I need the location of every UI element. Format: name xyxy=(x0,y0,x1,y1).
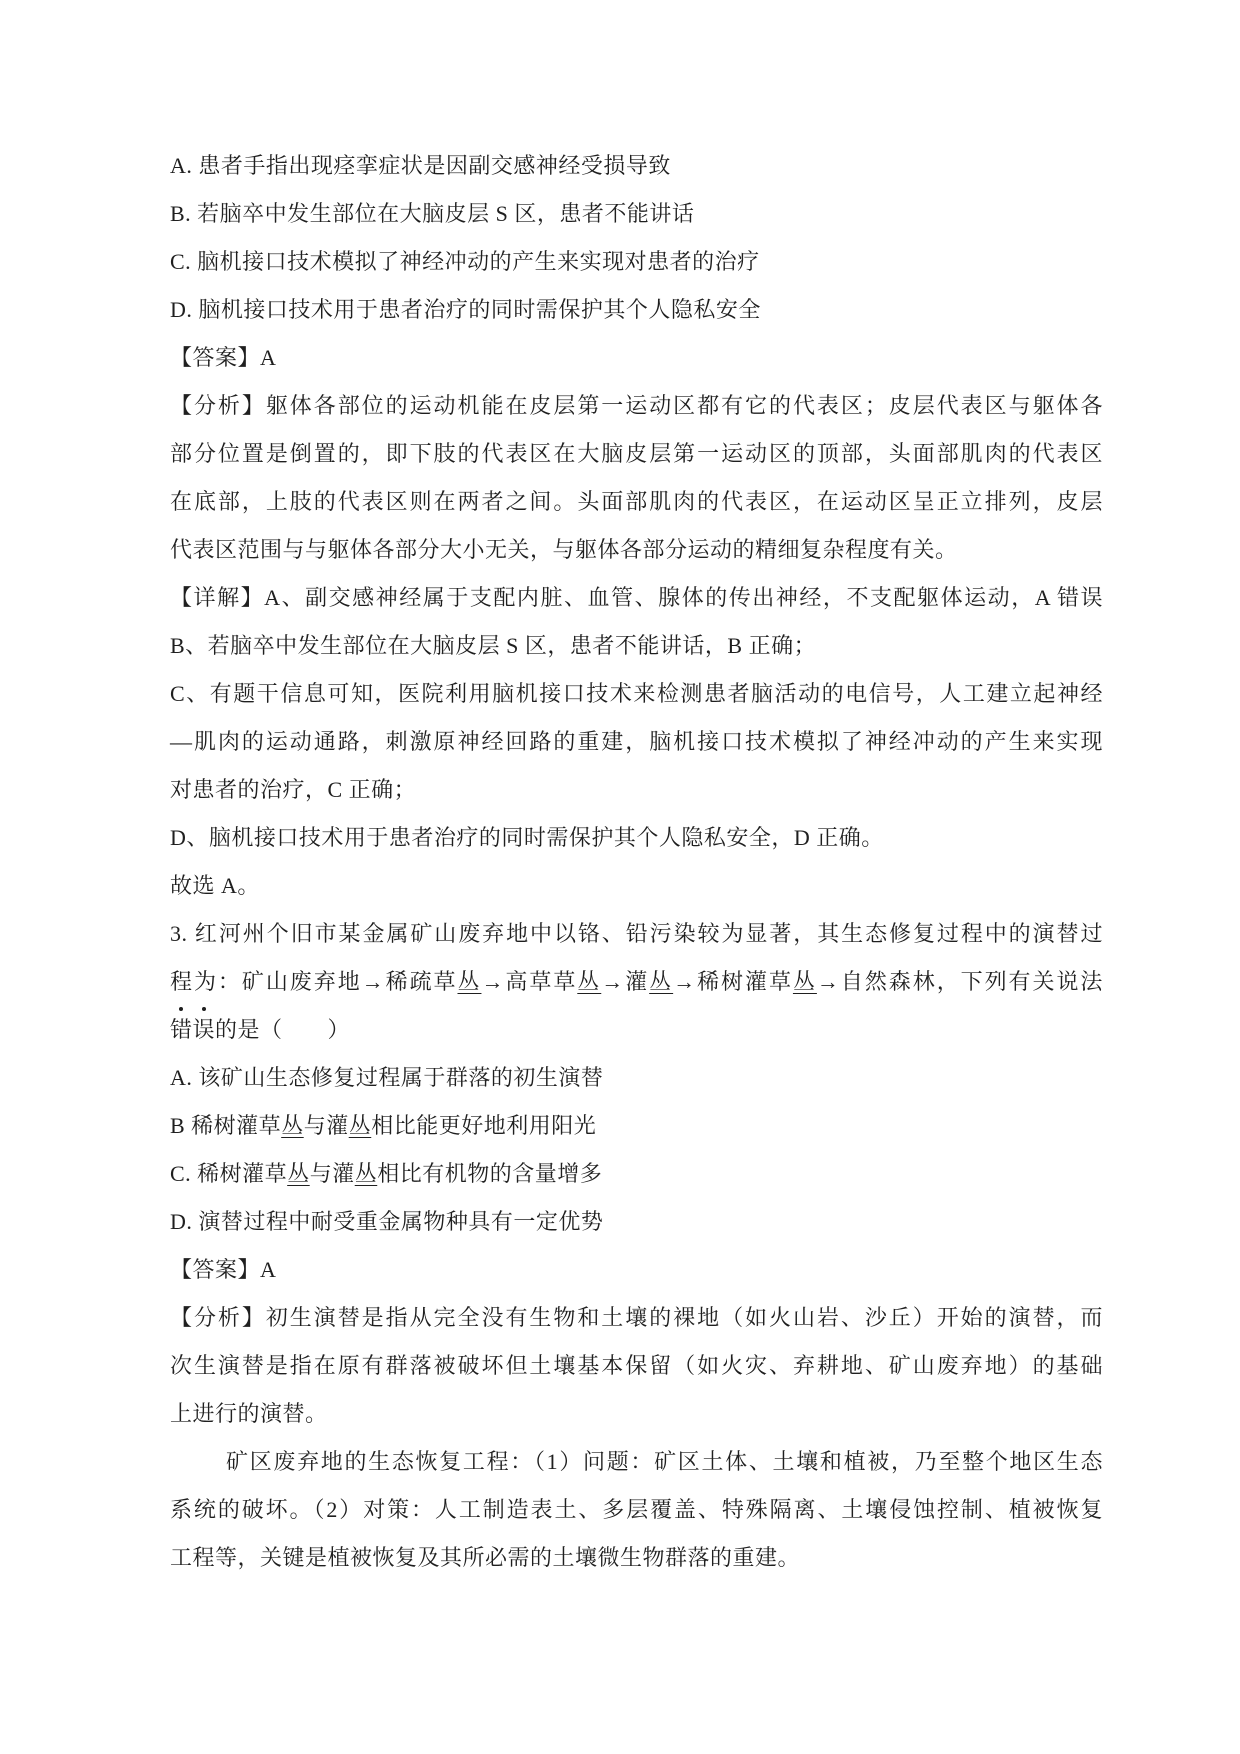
question-2-explanation-line: C、有题干信息可知，医院利用脑机接口技术来检测患者脑活动的电信号，人工建立起神经 xyxy=(170,670,1103,718)
question-3-analysis-line: 矿区废弃地的生态恢复工程：（1）问题：矿区土体、土壤和植被，乃至整个地区生态 xyxy=(170,1438,1103,1486)
underlined-text: 丛 xyxy=(355,1161,378,1186)
document-page: A. 患者手指出现痉挛症状是因副交感神经受损导致B. 若脑卒中发生部位在大脑皮层… xyxy=(170,142,1103,1582)
question-3-stem-line: 3. 红河州个旧市某金属矿山废弃地中以铬、铅污染较为显著，其生态修复过程中的演替… xyxy=(170,910,1103,958)
text-segment: 【详解】A、副交感神经属于支配内脏、血管、腺体的传出神经，不支配躯体运动，A 错… xyxy=(170,585,1103,610)
emphasized-text: 错 xyxy=(170,1006,193,1054)
text-segment: 次生演替是指在原有群落被破坏但土壤基本保留（如火灾、弃耕地、矿山废弃地）的基础 xyxy=(170,1353,1103,1378)
text-segment: C. 脑机接口技术模拟了神经冲动的产生来实现对患者的治疗 xyxy=(170,249,760,274)
underlined-text: 丛 xyxy=(287,1161,310,1186)
question-3-options-line: B 稀树灌草丛与灌丛相比能更好地利用阳光 xyxy=(170,1102,1103,1150)
emphasized-text: 误 xyxy=(193,1006,216,1054)
text-segment: C. 稀树灌草 xyxy=(170,1161,287,1186)
question-3-options-line: C. 稀树灌草丛与灌丛相比有机物的含量增多 xyxy=(170,1150,1103,1198)
underlined-text: 丛 xyxy=(281,1113,304,1138)
text-segment: A. 该矿山生态修复过程属于群落的初生演替 xyxy=(170,1065,603,1090)
text-segment: 故选 A。 xyxy=(170,873,260,898)
question-2-analysis-line: 在底部，上肢的代表区则在两者之间。头面部肌肉的代表区，在运动区呈正立排列，皮层 xyxy=(170,478,1103,526)
text-segment: 对患者的治疗，C 正确； xyxy=(170,777,416,802)
question-3-options-line: D. 演替过程中耐受重金属物种具有一定优势 xyxy=(170,1198,1103,1246)
text-segment: B 稀树灌草 xyxy=(170,1113,281,1138)
question-3-analysis-line: 工程等，关键是植被恢复及其所必需的土壤微生物群落的重建。 xyxy=(170,1534,1103,1582)
question-3-options-line: A. 该矿山生态修复过程属于群落的初生演替 xyxy=(170,1054,1103,1102)
question-3-analysis-line: 【分析】初生演替是指从完全没有生物和土壤的裸地（如火山岩、沙丘）开始的演替，而 xyxy=(170,1294,1103,1342)
text-segment: 3. 红河州个旧市某金属矿山废弃地中以铬、铅污染较为显著，其生态修复过程中的演替… xyxy=(170,921,1103,946)
question-2-explanation-line: D、脑机接口技术用于患者治疗的同时需保护其个人隐私安全，D 正确。 xyxy=(170,814,1103,862)
text-segment: C、有题干信息可知，医院利用脑机接口技术来检测患者脑活动的电信号，人工建立起神经 xyxy=(170,681,1103,706)
question-2-explanation-line: —肌肉的运动通路，刺激原神经回路的重建，脑机接口技术模拟了神经冲动的产生来实现 xyxy=(170,718,1103,766)
question-3-stem-line: 错误的是（ ） xyxy=(170,1006,1103,1054)
text-segment: D、脑机接口技术用于患者治疗的同时需保护其个人隐私安全，D 正确。 xyxy=(170,825,884,850)
question-2-options-line: A. 患者手指出现痉挛症状是因副交感神经受损导致 xyxy=(170,142,1103,190)
question-2-options-line: B. 若脑卒中发生部位在大脑皮层 S 区，患者不能讲话 xyxy=(170,190,1103,238)
question-2-explanation-line: 对患者的治疗，C 正确； xyxy=(170,766,1103,814)
text-segment: 的是（ ） xyxy=(215,1017,350,1042)
text-segment: D. 脑机接口技术用于患者治疗的同时需保护其个人隐私安全 xyxy=(170,297,761,322)
question-3-answer-line: 【答案】A xyxy=(170,1246,1103,1294)
question-2-explanation-line: B、若脑卒中发生部位在大脑皮层 S 区，患者不能讲话，B 正确； xyxy=(170,622,1103,670)
text-segment: 与灌 xyxy=(304,1113,349,1138)
text-segment: A. 患者手指出现痉挛症状是因副交感神经受损导致 xyxy=(170,153,671,178)
text-segment: 【分析】躯体各部位的运动机能在皮层第一运动区都有它的代表区；皮层代表区与躯体各 xyxy=(170,393,1103,418)
question-2-options-line: C. 脑机接口技术模拟了神经冲动的产生来实现对患者的治疗 xyxy=(170,238,1103,286)
text-segment: →稀树灌草 xyxy=(673,969,793,994)
question-2-analysis-line: 【分析】躯体各部位的运动机能在皮层第一运动区都有它的代表区；皮层代表区与躯体各 xyxy=(170,382,1103,430)
text-segment: 在底部，上肢的代表区则在两者之间。头面部肌肉的代表区，在运动区呈正立排列，皮层 xyxy=(170,489,1103,514)
question-2-answer-line: 【答案】A xyxy=(170,334,1103,382)
question-3-analysis-line: 次生演替是指在原有群落被破坏但土壤基本保留（如火灾、弃耕地、矿山废弃地）的基础 xyxy=(170,1342,1103,1390)
text-segment: —肌肉的运动通路，刺激原神经回路的重建，脑机接口技术模拟了神经冲动的产生来实现 xyxy=(170,729,1103,754)
underlined-text: 丛 xyxy=(649,969,673,994)
question-3-stem-line: 程为：矿山废弃地→稀疏草丛→高草草丛→灌丛→稀树灌草丛→自然森林，下列有关说法 xyxy=(170,958,1103,1006)
text-segment: 【答案】A xyxy=(170,345,276,370)
text-segment: 系统的破坏。（2）对策：人工制造表土、多层覆盖、特殊隔离、土壤侵蚀控制、植被恢复 xyxy=(170,1497,1103,1522)
text-segment: 代表区范围与与躯体各部分大小无关，与躯体各部分运动的精细复杂程度有关。 xyxy=(170,537,958,562)
question-3-analysis-line: 上进行的演替。 xyxy=(170,1390,1103,1438)
question-2-analysis-line: 部分位置是倒置的，即下肢的代表区在大脑皮层第一运动区的顶部，头面部肌肉的代表区 xyxy=(170,430,1103,478)
text-segment: 程为：矿山废弃地→稀疏草 xyxy=(170,969,457,994)
text-segment: 矿区废弃地的生态恢复工程：（1）问题：矿区土体、土壤和植被，乃至整个地区生态 xyxy=(226,1449,1103,1474)
text-segment: D. 演替过程中耐受重金属物种具有一定优势 xyxy=(170,1209,603,1234)
text-segment: 【分析】初生演替是指从完全没有生物和土壤的裸地（如火山岩、沙丘）开始的演替，而 xyxy=(170,1305,1103,1330)
question-2-analysis-line: 代表区范围与与躯体各部分大小无关，与躯体各部分运动的精细复杂程度有关。 xyxy=(170,526,1103,574)
text-segment: 【答案】A xyxy=(170,1257,276,1282)
text-segment: 部分位置是倒置的，即下肢的代表区在大脑皮层第一运动区的顶部，头面部肌肉的代表区 xyxy=(170,441,1103,466)
text-segment: B. 若脑卒中发生部位在大脑皮层 S 区，患者不能讲话 xyxy=(170,201,694,226)
question-2-options-line: D. 脑机接口技术用于患者治疗的同时需保护其个人隐私安全 xyxy=(170,286,1103,334)
text-segment: 上进行的演替。 xyxy=(170,1401,328,1426)
underlined-text: 丛 xyxy=(457,969,481,994)
underlined-text: 丛 xyxy=(793,969,817,994)
question-2-conclusion-line: 故选 A。 xyxy=(170,862,1103,910)
underlined-text: 丛 xyxy=(577,969,601,994)
question-2-explanation-line: 【详解】A、副交感神经属于支配内脏、血管、腺体的传出神经，不支配躯体运动，A 错… xyxy=(170,574,1103,622)
text-segment: →自然森林，下列有关说法 xyxy=(817,969,1103,994)
question-3-analysis-line: 系统的破坏。（2）对策：人工制造表土、多层覆盖、特殊隔离、土壤侵蚀控制、植被恢复 xyxy=(170,1486,1103,1534)
text-segment: →灌 xyxy=(601,969,649,994)
text-segment: 与灌 xyxy=(310,1161,355,1186)
text-segment: 相比能更好地利用阳光 xyxy=(371,1113,596,1138)
text-segment: 工程等，关键是植被恢复及其所必需的土壤微生物群落的重建。 xyxy=(170,1545,800,1570)
text-segment: 相比有机物的含量增多 xyxy=(377,1161,602,1186)
underlined-text: 丛 xyxy=(349,1113,372,1138)
text-segment: B、若脑卒中发生部位在大脑皮层 S 区，患者不能讲话，B 正确； xyxy=(170,633,816,658)
text-segment: →高草草 xyxy=(481,969,577,994)
